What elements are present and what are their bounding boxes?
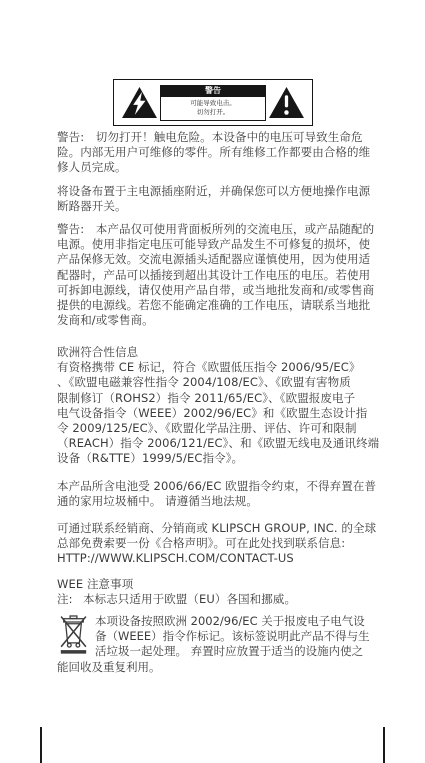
text-line: 本项设备按照欧洲 2002/96/EC 关于报废电子电气设 — [95, 614, 375, 629]
text-line: 总部免费索要一份《合格声明》。可在此处找到联系信息: — [57, 536, 375, 551]
crop-mark-right — [383, 727, 385, 763]
text-line: 将设备布置于主电源插座附近，并确保您可以方便地操作电源 — [57, 184, 375, 199]
exclamation-triangle-icon — [268, 86, 305, 119]
paragraph-mains-placement: 将设备布置于主电源插座附近，并确保您可以方便地操作电源断路器开关。 — [57, 184, 375, 214]
text-line: 险。内部无用户可维修的零件。所有维修工作都要由合格的维 — [57, 145, 375, 160]
weee-text-indented: 本项设备按照欧洲 2002/96/EC 关于报废电子电气设备（WEEE）指令作标… — [95, 614, 375, 660]
caution-label-box: 警告 可能导致电击。 切勿打开。 — [113, 79, 313, 126]
paragraph-voltage-warning: 警告: 本产品仅可使用背面板所列的交流电压，或产品随配的电源。使用非指定电压可能… — [57, 222, 375, 328]
text-line: 本产品所含电池受 2006/66/EC 欧盟指令约束，不得弃置在普 — [57, 479, 375, 494]
wee-note-title: WEE 注意事项 — [57, 577, 375, 592]
paragraph-declaration-of-conformity: 可通过联系经销商、分销商或 KLIPSCH GROUP, INC. 的全球总部免… — [57, 521, 375, 567]
text-line: 通的家用垃圾桶中。 请遵循当地法规。 — [57, 494, 375, 509]
paragraph-shock-warning: 警告: 切勿打开！触电危险。本设备中的电压可导致生命危险。内部无用户可维修的零件… — [57, 130, 375, 176]
text-line: 设备（R&TTE）1999/5/EC指令》。 — [57, 451, 375, 466]
text-line: 断路器开关。 — [57, 199, 375, 214]
text-line: 、《欧盟电磁兼容性指令 2004/108/EC》、《欧盟有害物质 — [57, 375, 375, 390]
paragraph-weee-disposal: 本项设备按照欧洲 2002/96/EC 关于报废电子电气设备（WEEE）指令作标… — [57, 614, 375, 675]
caution-header: 警告 — [160, 85, 266, 97]
text-line: 限制修订（ROHS2）指令 2011/65/EC》、《欧盟报废电子 — [57, 391, 375, 406]
text-line: 备（WEEE）指令作标记。该标签说明此产品不得与生 — [95, 629, 375, 644]
text-line: HTTP://WWW.KLIPSCH.COM/CONTACT-US — [57, 551, 375, 566]
text-line: 可通过联系经销商、分销商或 KLIPSCH GROUP, INC. 的全球 — [57, 521, 375, 536]
paragraph-battery-directive: 本产品所含电池受 2006/66/EC 欧盟指令约束，不得弃置在普通的家用垃圾桶… — [57, 479, 375, 509]
text-line: 配器时，产品可以插接到超出其设计工作电压的电压。若使用 — [57, 268, 375, 283]
text-line: 令 2009/125/EC》、《欧盟化学品注册、评估、许可和限制 — [57, 421, 375, 436]
lightning-bolt-triangle-icon — [121, 86, 158, 119]
wee-note-line: 注:本标志只适用于欧盟（EU）各国和挪威。 — [57, 592, 375, 607]
text-line: 电源。使用非指定电压可能导致产品发生不可修复的损坏，使 — [57, 237, 375, 252]
paragraph-europe-compliance: 欧洲符合性信息有资格携带 CE 标记，符合《欧盟低压指令 2006/95/EC》… — [57, 345, 375, 467]
text-line: 可拆卸电源线，请仅使用产品自带，或当地批发商和/或零售商 — [57, 283, 375, 298]
wee-note: WEE 注意事项 注:本标志只适用于欧盟（EU）各国和挪威。 — [57, 577, 375, 607]
text-line: 警告: 切勿打开！触电危险。本设备中的电压可导致生命危 — [57, 130, 375, 145]
text-line: 产品保修无效。交流电源插头适配器应谨慎使用，因为使用适 — [57, 252, 375, 267]
text-line: 警告: 本产品仅可使用背面板所列的交流电压，或产品随配的 — [57, 222, 375, 237]
caution-line-2: 切勿打开。 — [161, 108, 265, 117]
text-line: 电气设备指令（WEEE）2002/96/EC》和《欧盟生态设计指 — [57, 406, 375, 421]
text-line: 发商和/或零售商。 — [57, 313, 375, 328]
caution-text-panel: 警告 可能导致电击。 切勿打开。 — [160, 85, 266, 121]
text-line: 活垃圾一起处理。 弃置时应放置于适当的设施内使之 — [95, 644, 375, 659]
weee-text-last-line: 能回收及重复利用。 — [57, 660, 375, 675]
text-line: （REACH）指令 2006/121/EC》、和《欧盟无线电及通讯终端 — [57, 436, 375, 451]
crossed-out-wheeled-bin-icon — [60, 615, 87, 655]
wee-note-text: 本标志只适用于欧盟（EU）各国和挪威。 — [83, 592, 296, 606]
caution-text: 可能导致电击。 切勿打开。 — [160, 97, 266, 121]
crop-mark-left — [40, 727, 42, 763]
wee-note-label: 注: — [57, 592, 83, 607]
text-line: 欧洲符合性信息 — [57, 345, 375, 360]
caution-line-1: 可能导致电击。 — [161, 99, 265, 108]
manual-safety-page: 警告 可能导致电击。 切勿打开。 警告: 切勿打开！触电危险。本设备中的电压可导… — [0, 0, 425, 763]
text-line: 有资格携带 CE 标记，符合《欧盟低压指令 2006/95/EC》 — [57, 360, 375, 375]
text-line: 修人员完成。 — [57, 160, 375, 175]
text-line: 提供的电源线。若您不能确定准确的工作电压，请联系当地批 — [57, 298, 375, 313]
